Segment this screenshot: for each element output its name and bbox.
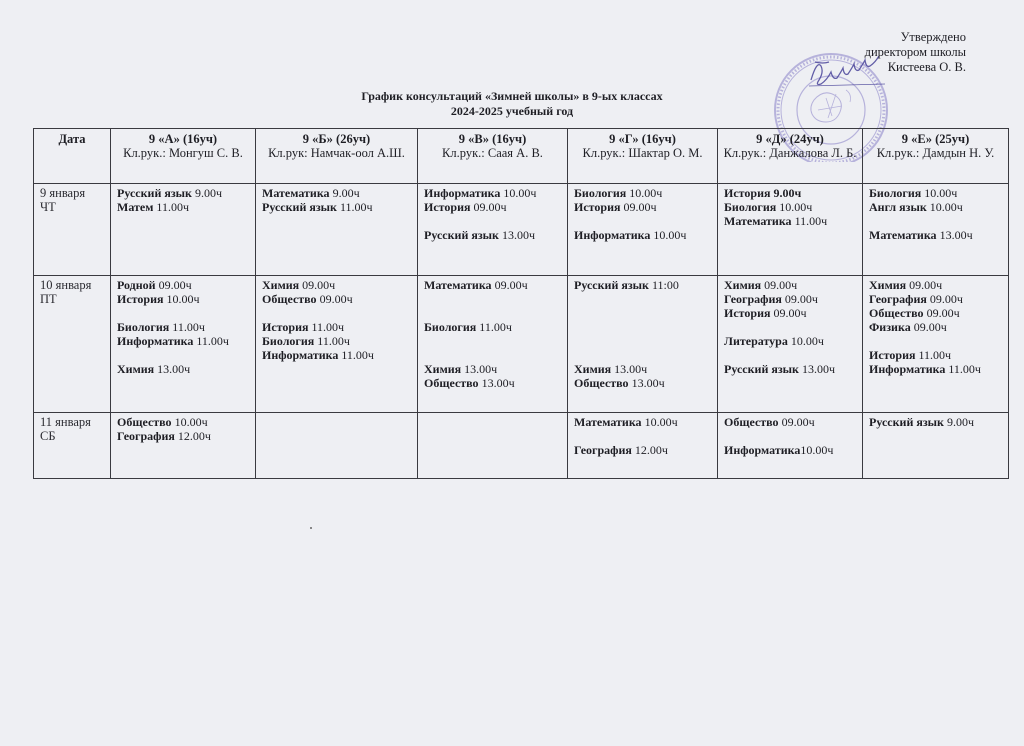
consultation-entry: Общество 13.00ч bbox=[574, 376, 711, 390]
consultation-entry: Русский язык 13.00ч bbox=[724, 362, 856, 376]
title-line-2: 2024-2025 учебный год bbox=[0, 104, 1024, 119]
consultation-entry: Информатика 11.00ч bbox=[869, 362, 1002, 376]
consultation-entry: Русский язык 9.00ч bbox=[117, 186, 249, 200]
class-name: 9 «Д» (24уч) bbox=[720, 132, 860, 146]
header-class-9v: 9 «В» (16уч) Кл.рук.: Саая А. В. bbox=[418, 129, 568, 184]
table-row: 9 января ЧТ Русский язык 9.00ч Матем 11.… bbox=[34, 184, 1009, 276]
consultation-entry: Литература 10.00ч bbox=[724, 334, 856, 348]
consultation-entry: Англ язык 10.00ч bbox=[869, 200, 1002, 214]
consultation-entry: Общество 13.00ч bbox=[424, 376, 561, 390]
consultation-entry: География 09.00ч bbox=[869, 292, 1002, 306]
consultation-entry: Общество 10.00ч bbox=[117, 415, 249, 429]
consultation-entry: Матем 11.00ч bbox=[117, 200, 249, 214]
consultation-entry: Общество 09.00ч bbox=[869, 306, 1002, 320]
class-teacher: Кл.рук.: Шактар О. М. bbox=[570, 146, 715, 160]
consultation-entry: Математика 11.00ч bbox=[724, 214, 856, 228]
class-name: 9 «В» (16уч) bbox=[420, 132, 565, 146]
title-line-1: График консультаций «Зимней школы» в 9-ы… bbox=[0, 89, 1024, 104]
approval-block: Утверждено директором школы Кистеева О. … bbox=[865, 30, 966, 75]
consultation-entry: Информатика 11.00ч bbox=[117, 334, 249, 348]
schedule-cell: История 9.00ч Биология 10.00ч Математика… bbox=[718, 184, 863, 276]
approval-line-approved: Утверждено bbox=[865, 30, 966, 45]
consultation-entry: Родной 09.00ч bbox=[117, 278, 249, 292]
consultation-entry: Русский язык 11:00 bbox=[574, 278, 711, 292]
consultation-entry: Биология 11.00ч bbox=[424, 320, 561, 334]
consultation-entry: Математика 10.00ч bbox=[574, 415, 711, 429]
class-teacher: Кл.рук.: Саая А. В. bbox=[420, 146, 565, 160]
consultation-entry: Физика 09.00ч bbox=[869, 320, 1002, 334]
consultation-entry: Общество 09.00ч bbox=[724, 415, 856, 429]
date-cell: 10 января ПТ bbox=[34, 276, 111, 413]
consultation-entry: Русский язык 9.00ч bbox=[869, 415, 1002, 429]
class-teacher: Кл.рук: Намчак-оол А.Ш. bbox=[258, 146, 415, 160]
consultation-entry: Химия 09.00ч bbox=[869, 278, 1002, 292]
consultation-entry: Русский язык 11.00ч bbox=[262, 200, 411, 214]
header-class-9b: 9 «Б» (26уч) Кл.рук: Намчак-оол А.Ш. bbox=[256, 129, 418, 184]
class-name: 9 «А» (16уч) bbox=[113, 132, 253, 146]
consultation-entry: География 12.00ч bbox=[117, 429, 249, 443]
consultation-entry: История 11.00ч bbox=[869, 348, 1002, 362]
header-class-9g: 9 «Г» (16уч) Кл.рук.: Шактар О. М. bbox=[568, 129, 718, 184]
consultation-entry: Биология 11.00ч bbox=[262, 334, 411, 348]
header-class-9d: 9 «Д» (24уч) Кл.рук.: Данжалова Л. Б. bbox=[718, 129, 863, 184]
consultation-entry: Химия 13.00ч bbox=[574, 362, 711, 376]
schedule-cell: Общество 10.00ч География 12.00ч bbox=[111, 413, 256, 479]
approval-line-position: директором школы bbox=[865, 45, 966, 60]
consultation-entry: Биология 10.00ч bbox=[574, 186, 711, 200]
schedule-cell: Химия 09.00ч География 09.00ч Общество 0… bbox=[863, 276, 1009, 413]
consultation-entry: Математика 09.00ч bbox=[424, 278, 561, 292]
consultation-entry: Математика 13.00ч bbox=[869, 228, 1002, 242]
schedule-cell: Русский язык 9.00ч Матем 11.00ч bbox=[111, 184, 256, 276]
approval-line-name: Кистеева О. В. bbox=[865, 60, 966, 75]
consultation-entry: География 09.00ч bbox=[724, 292, 856, 306]
schedule-cell: Математика 09.00ч Биология 11.00ч Химия … bbox=[418, 276, 568, 413]
schedule-cell: Общество 09.00ч Информатика10.00ч bbox=[718, 413, 863, 479]
class-teacher: Кл.рук.: Данжалова Л. Б. bbox=[720, 146, 860, 160]
consultation-schedule-table: Дата 9 «А» (16уч) Кл.рук.: Монгуш С. В. … bbox=[33, 128, 1009, 479]
header-class-9a: 9 «А» (16уч) Кл.рук.: Монгуш С. В. bbox=[111, 129, 256, 184]
consultation-entry: Информатика10.00ч bbox=[724, 443, 856, 457]
consultation-entry: Химия 09.00ч bbox=[724, 278, 856, 292]
consultation-entry: Русский язык 13.00ч bbox=[424, 228, 561, 242]
class-teacher: Кл.рук.: Монгуш С. В. bbox=[113, 146, 253, 160]
scan-speck bbox=[310, 527, 312, 529]
consultation-entry: История 11.00ч bbox=[262, 320, 411, 334]
schedule-cell: Русский язык 9.00ч bbox=[863, 413, 1009, 479]
schedule-cell: Математика 10.00ч География 12.00ч bbox=[568, 413, 718, 479]
schedule-cell: Химия 09.00ч Общество 09.00ч История 11.… bbox=[256, 276, 418, 413]
document-title: График консультаций «Зимней школы» в 9-ы… bbox=[0, 89, 1024, 119]
consultation-entry: Химия 13.00ч bbox=[424, 362, 561, 376]
consultation-entry: Биология 10.00ч bbox=[869, 186, 1002, 200]
consultation-entry: Информатика 10.00ч bbox=[574, 228, 711, 242]
consultation-entry: История 9.00ч bbox=[724, 186, 856, 200]
schedule-cell-empty bbox=[418, 413, 568, 479]
class-name: 9 «Б» (26уч) bbox=[258, 132, 415, 146]
consultation-entry: Химия 09.00ч bbox=[262, 278, 411, 292]
schedule-cell: Математика 9.00ч Русский язык 11.00ч bbox=[256, 184, 418, 276]
class-name: 9 «Г» (16уч) bbox=[570, 132, 715, 146]
class-name: 9 «Е» (25уч) bbox=[865, 132, 1006, 146]
table-header-row: Дата 9 «А» (16уч) Кл.рук.: Монгуш С. В. … bbox=[34, 129, 1009, 184]
consultation-entry: История 09.00ч bbox=[574, 200, 711, 214]
consultation-entry: История 09.00ч bbox=[424, 200, 561, 214]
consultation-entry: Химия 13.00ч bbox=[117, 362, 249, 376]
schedule-cell: Родной 09.00ч История 10.00ч Биология 11… bbox=[111, 276, 256, 413]
consultation-entry: История 09.00ч bbox=[724, 306, 856, 320]
schedule-cell: Русский язык 11:00 Химия 13.00ч Общество… bbox=[568, 276, 718, 413]
schedule-cell: Информатика 10.00ч История 09.00ч Русски… bbox=[418, 184, 568, 276]
consultation-entry: География 12.00ч bbox=[574, 443, 711, 457]
schedule-cell: Биология 10.00ч Англ язык 10.00ч Математ… bbox=[863, 184, 1009, 276]
schedule-cell-empty bbox=[256, 413, 418, 479]
table-row: 11 января СБ Общество 10.00ч География 1… bbox=[34, 413, 1009, 479]
schedule-cell: Биология 10.00ч История 09.00ч Информати… bbox=[568, 184, 718, 276]
consultation-entry: Биология 11.00ч bbox=[117, 320, 249, 334]
date-cell: 9 января ЧТ bbox=[34, 184, 111, 276]
schedule-cell: Химия 09.00ч География 09.00ч История 09… bbox=[718, 276, 863, 413]
consultation-entry: Информатика 11.00ч bbox=[262, 348, 411, 362]
consultation-entry: Общество 09.00ч bbox=[262, 292, 411, 306]
class-teacher: Кл.рук.: Дамдын Н. У. bbox=[865, 146, 1006, 160]
table-row: 10 января ПТ Родной 09.00ч История 10.00… bbox=[34, 276, 1009, 413]
consultation-entry: Математика 9.00ч bbox=[262, 186, 411, 200]
consultation-entry: Информатика 10.00ч bbox=[424, 186, 561, 200]
date-cell: 11 января СБ bbox=[34, 413, 111, 479]
consultation-entry: Биология 10.00ч bbox=[724, 200, 856, 214]
header-class-9e: 9 «Е» (25уч) Кл.рук.: Дамдын Н. У. bbox=[863, 129, 1009, 184]
header-date: Дата bbox=[34, 129, 111, 184]
consultation-entry: История 10.00ч bbox=[117, 292, 249, 306]
